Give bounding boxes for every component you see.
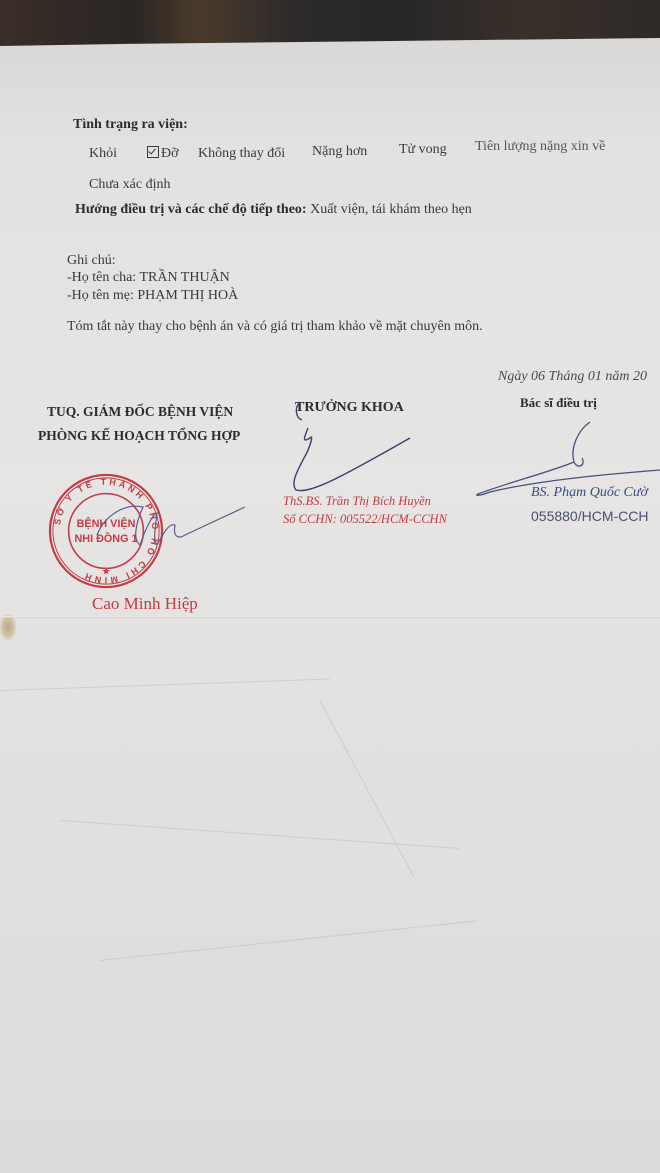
attending-doctor-license: 055880/HCM-CCH	[531, 508, 648, 524]
treatment-plan: Hướng điều trị và các chế độ tiếp theo: …	[75, 202, 472, 218]
treatment-plan-label: Hướng điều trị và các chế độ tiếp theo:	[75, 202, 307, 217]
signature-date: Ngày 06 Tháng 01 năm 20	[498, 369, 647, 385]
status-option-deceased: Tử vong	[399, 142, 447, 158]
status-option-recovered: Khỏi	[89, 146, 117, 162]
attending-doctor-title: Bác sĩ điều trị	[520, 395, 597, 411]
department-head-signature	[280, 398, 420, 498]
notes-heading: Ghi chú:	[67, 253, 116, 269]
status-option-worse: Nặng hơn	[312, 144, 367, 160]
treatment-plan-value: Xuất viện, tái khám theo hẹn	[310, 202, 472, 217]
summary-statement: Tóm tắt này thay cho bệnh án và có giá t…	[67, 319, 483, 335]
director-signature	[95, 495, 255, 565]
svg-text:★: ★	[102, 566, 111, 577]
status-option-undetermined: Chưa xác định	[89, 177, 170, 193]
status-option-grave-prognosis: Tiên lượng nặng xin về	[475, 139, 605, 155]
director-title-line2: PHÒNG KẾ HOẠCH TỔNG HỢP	[38, 428, 240, 444]
paper-fold	[0, 616, 660, 618]
father-name: -Họ tên cha: TRẦN THUẬN	[67, 270, 230, 286]
mother-name: -Họ tên mẹ: PHẠM THỊ HOÀ	[67, 288, 238, 304]
discharge-status-heading: Tình trạng ra viện:	[73, 117, 188, 133]
checked-box-icon	[147, 146, 159, 158]
director-name: Cao Minh Hiệp	[92, 594, 198, 614]
status-option-unchanged: Không thay đổi	[198, 146, 285, 162]
department-head-license: Số CCHN: 005522/HCM-CCHN	[283, 512, 447, 527]
status-option-improved: Đỡ	[147, 146, 179, 162]
attending-doctor-name: BS. Phạm Quốc Cườ	[531, 484, 648, 501]
director-title-line1: TUQ. GIÁM ĐỐC BỆNH VIỆN	[47, 404, 233, 420]
department-head-name: ThS.BS. Trần Thị Bích Huyền	[283, 494, 431, 509]
